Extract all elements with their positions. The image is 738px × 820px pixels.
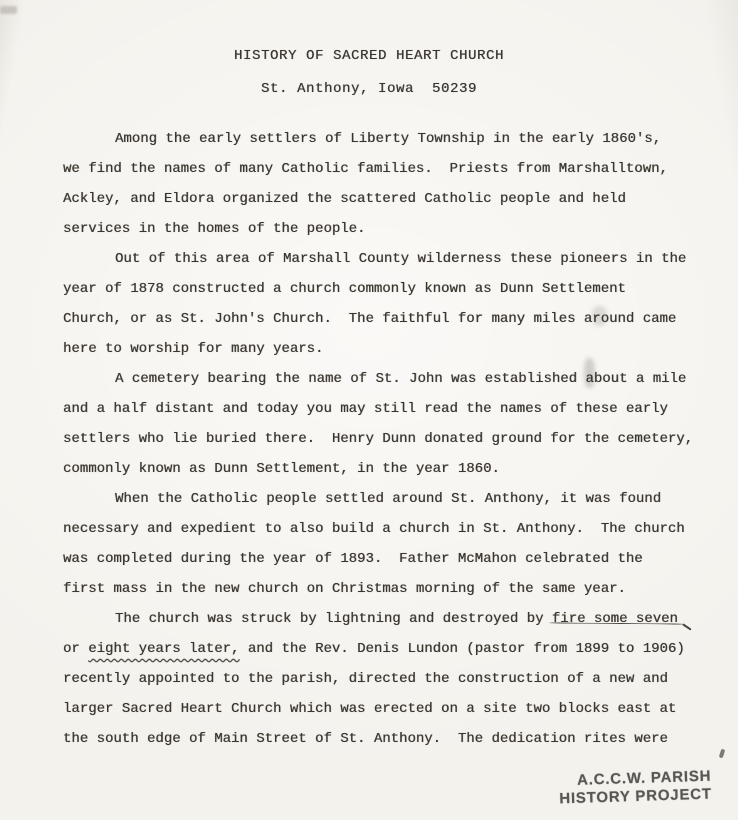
text-line: Among the early settlers of Liberty Town… [63, 124, 723, 154]
text-line: settlers who lie buried there. Henry Dun… [63, 424, 723, 454]
paragraph: The church was struck by lightning and d… [63, 604, 723, 754]
text-line: The church was struck by lightning and d… [63, 604, 723, 634]
text-line: necessary and expedient to also build a … [63, 514, 723, 544]
text-line: we find the names of many Catholic famil… [63, 154, 723, 184]
paragraph: When the Catholic people settled around … [63, 484, 723, 604]
text-line: Church, or as St. John's Church. The fai… [63, 304, 723, 334]
text-line: recently appointed to the parish, direct… [63, 664, 723, 694]
text-line: year of 1878 constructed a church common… [63, 274, 723, 304]
text-line: was completed during the year of 1893. F… [63, 544, 723, 574]
accw-parish-history-project-stamp: A.C.C.W. PARISH HISTORY PROJECT [559, 768, 713, 809]
text-line: Ackley, and Eldora organized the scatter… [63, 184, 723, 214]
pen-wavy-underlined-text: eight years later, [88, 641, 239, 657]
document-body: Among the early settlers of Liberty Town… [63, 124, 723, 754]
text-line: first mass in the new church on Christma… [63, 574, 723, 604]
scanned-document-page: HISTORY OF SACRED HEART CHURCH St. Antho… [0, 0, 738, 820]
text-line: A cemetery bearing the name of St. John … [63, 364, 723, 394]
text-line: When the Catholic people settled around … [63, 484, 723, 514]
document-subtitle: St. Anthony, Iowa 50239 [0, 79, 738, 99]
text-line: services in the homes of the people. [63, 214, 723, 244]
text-line: larger Sacred Heart Church which was ere… [63, 694, 723, 724]
scan-smudge-top-left [0, 6, 17, 14]
text-line: Out of this area of Marshall County wild… [63, 244, 723, 274]
stamp-line: HISTORY PROJECT [559, 786, 712, 809]
paragraph: A cemetery bearing the name of St. John … [63, 364, 723, 484]
text-segment: and the Rev. Denis Lundon (pastor from 1… [239, 641, 684, 657]
text-line: commonly known as Dunn Settlement, in th… [63, 454, 723, 484]
document-title: HISTORY OF SACRED HEART CHURCH [0, 46, 738, 66]
text-line: here to worship for many years. [63, 334, 723, 364]
paragraph: Out of this area of Marshall County wild… [63, 244, 723, 364]
text-segment: The church was struck by lightning and d… [115, 611, 552, 627]
text-line: and a half distant and today you may sti… [63, 394, 723, 424]
text-line: or eight years later, and the Rev. Denis… [63, 634, 723, 664]
pen-underlined-text: fire some seven [552, 611, 678, 627]
text-line: the south edge of Main Street of St. Ant… [63, 724, 723, 754]
document-header: HISTORY OF SACRED HEART CHURCH St. Antho… [0, 46, 738, 99]
paragraph: Among the early settlers of Liberty Town… [63, 124, 723, 244]
text-segment: or [63, 641, 88, 657]
